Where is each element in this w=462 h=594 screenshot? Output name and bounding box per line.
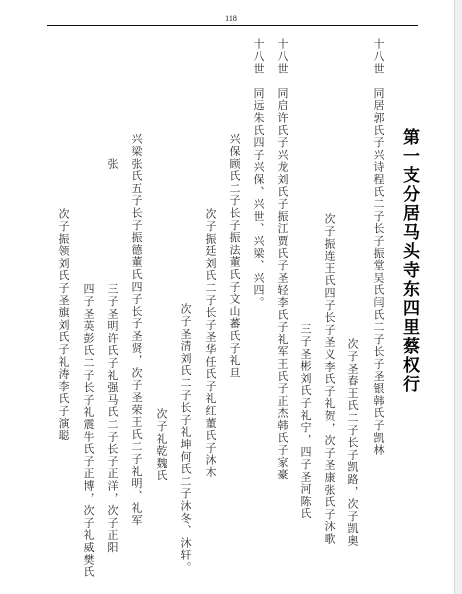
genealogy-column: 三子圣明许氏子礼强马氏二子长子正洋，次子正阳 — [106, 283, 118, 554]
document-page: 118 第一支分居马头寺东四里蔡权行 十八世 同居郭氏子兴诗程氏二子长子振堂吴氏… — [0, 0, 455, 594]
genealogy-column: 三子圣彬刘氏子礼宁，四子圣河陈氏 — [299, 323, 311, 520]
vertical-scrollbar[interactable] — [454, 0, 462, 594]
section-title: 第一支分居马头寺东四里蔡权行 — [397, 128, 422, 394]
genealogy-column: 兴保顾氏二子长子振法董氏子文山蕃氏子礼旦 — [228, 133, 240, 379]
genealogy-column: 兴梁张氏五子长子振德董氏四子长子圣贤，次子圣荣王氏二子礼明、礼军 — [130, 133, 142, 527]
genealogy-column: 十八世 同远朱氏四子兴保、兴世、兴梁、兴四。 — [252, 38, 264, 309]
genealogy-column: 次子礼乾魏氏 — [155, 408, 167, 482]
genealogy-column: 次子圣春王氏二子长子凯路，次子凯奥 — [346, 338, 358, 547]
header-rule — [47, 25, 418, 26]
genealogy-column: 十八世 同居郭氏子兴诗程氏二子长子振堂吴氏闫氏二子长子圣银韩氏子凯林 — [372, 38, 384, 456]
genealogy-column: 次子振廷刘氏二子长子圣华任氏子礼红董氏子沐木 — [204, 208, 216, 479]
genealogy-column: 张 — [106, 158, 118, 170]
page-number: 118 — [0, 14, 462, 23]
genealogy-column: 十八世 同启许氏子兴龙刘氏子振江贾氏子圣轻李氏子礼军王氏子正杰韩氏子家豪 — [276, 38, 288, 481]
genealogy-column: 次子振领刘氏子圣旗刘氏子礼涛李氏子演聪 — [57, 208, 69, 442]
genealogy-column: 四子圣英彭氏二子长子礼震牛氏子正博，次子礼威樊氏 — [82, 283, 94, 578]
genealogy-column: 次子振连王氏四子长子圣义李氏子礼贺，次子圣康张氏子沐歌 — [323, 213, 335, 545]
genealogy-column: 次子圣清刘氏二子长子礼坤何氏二子沐冬、沐轩。 — [179, 303, 191, 574]
